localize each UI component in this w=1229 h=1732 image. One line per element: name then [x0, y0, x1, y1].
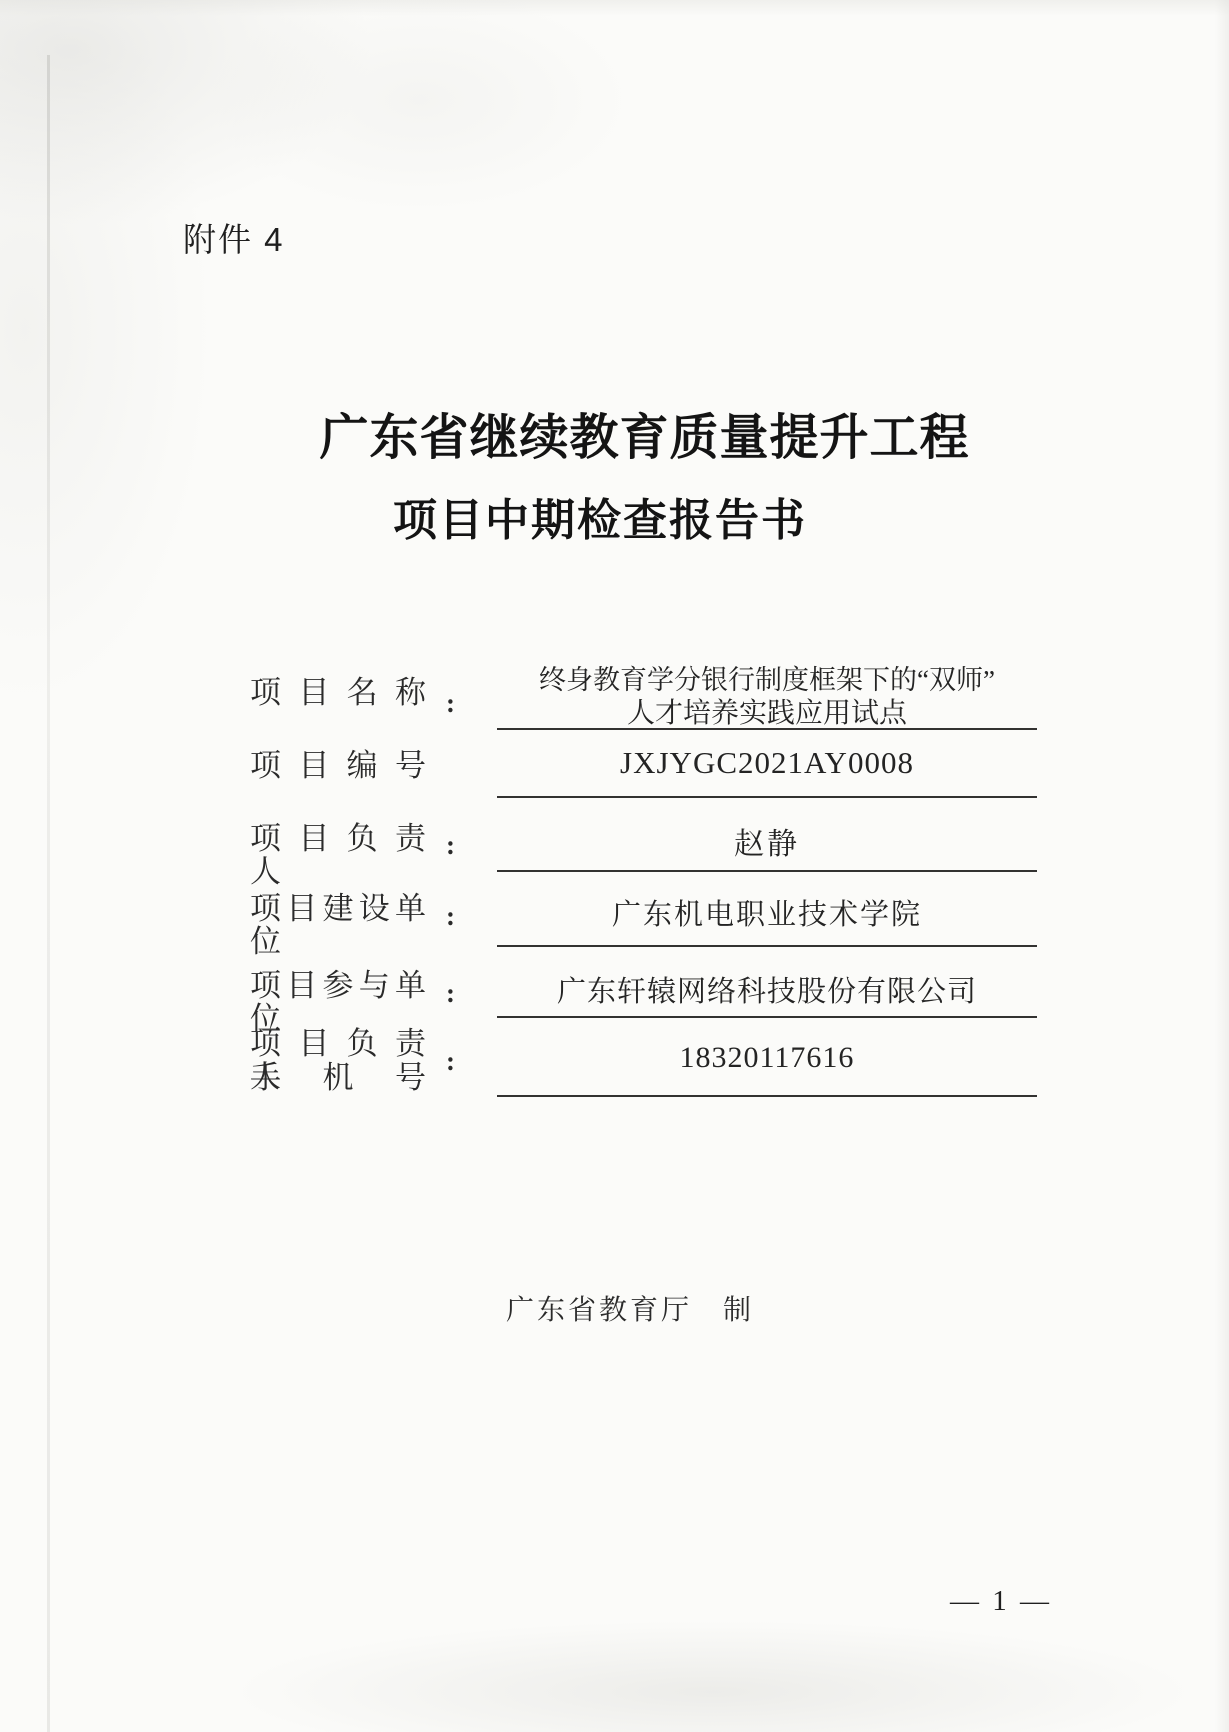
field-underline-project-name: [497, 728, 1037, 730]
field-underline-participating-unit: [497, 1016, 1037, 1018]
scan-artifact-vertical-streak: [47, 55, 50, 1732]
report-title-line2: 项目中期检查报告书: [0, 484, 1200, 548]
publisher-line: 广东省教育厅 制: [506, 1288, 754, 1328]
report-title-line1: 广东省继续教育质量提升工程: [30, 399, 1229, 469]
field-label-construction-unit: 项目建设单位: [250, 893, 426, 958]
field-underline-project-number: [497, 796, 1037, 798]
field-colon-participating-unit: :: [446, 978, 455, 1009]
field-underline-construction-unit: [497, 945, 1037, 947]
field-colon-project-name: :: [446, 688, 455, 719]
attachment-label: 附件 4: [183, 214, 285, 261]
scanned-document-page: 附件 4 广东省继续教育质量提升工程 项目中期检查报告书 项 目 名 称 : 终…: [0, 0, 1229, 1732]
field-label-project-leader: 项 目 负 责 人: [250, 823, 426, 888]
field-label-project-number: 项 目 编 号: [250, 750, 426, 783]
field-value-project-number: JXJYGC2021AY0008: [497, 745, 1037, 781]
field-label-project-name: 项 目 名 称: [250, 677, 426, 710]
field-value-construction-unit: 广东机电职业技术学院: [497, 892, 1037, 933]
field-colon-construction-unit: :: [446, 901, 455, 932]
field-colon-leader-phone: :: [446, 1046, 455, 1077]
page-number: — 1 —: [950, 1585, 1052, 1618]
field-value-project-leader: 赵静: [497, 819, 1037, 863]
field-value-leader-phone: 18320117616: [497, 1041, 1037, 1075]
field-label-leader-phone-line2: 手 机 号: [250, 1062, 426, 1095]
field-value-project-name-line2: 人才培养实践应用试点: [497, 691, 1037, 731]
field-value-participating-unit: 广东轩辕网络科技股份有限公司: [497, 969, 1037, 1010]
field-underline-leader-phone: [497, 1095, 1037, 1097]
field-underline-project-leader: [497, 870, 1037, 872]
field-colon-project-leader: :: [446, 830, 455, 861]
